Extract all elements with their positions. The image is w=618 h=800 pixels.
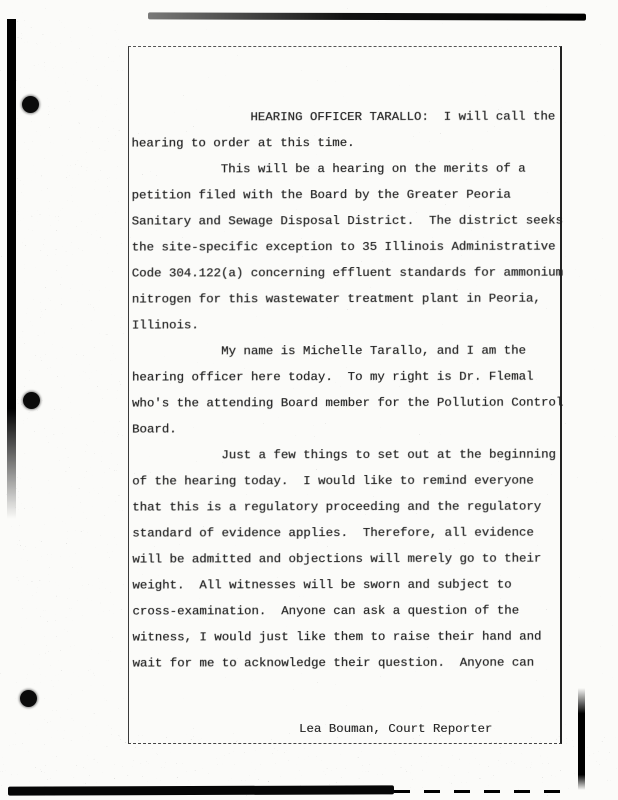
transcript-line: This will be a hearing on the merits of … bbox=[132, 156, 564, 183]
left-binding-edge-artifact bbox=[7, 19, 16, 519]
scan-smear-bottom bbox=[8, 785, 394, 795]
hole-punch-middle bbox=[23, 392, 40, 409]
scan-streak-right bbox=[578, 688, 585, 790]
transcript-line: Board. bbox=[132, 416, 564, 443]
transcript-line: wait for me to acknowledge their questio… bbox=[133, 650, 565, 677]
transcript-line: HEARING OFFICER TARALLO: I will call the bbox=[131, 104, 563, 131]
hole-punch-bottom bbox=[20, 690, 37, 707]
hole-punch-top bbox=[22, 96, 39, 113]
transcript-line: Code 304.122(a) concerning effluent stan… bbox=[132, 260, 564, 287]
transcript-line: will be admitted and objections will mer… bbox=[132, 546, 564, 573]
transcript-line: of the hearing today. I would like to re… bbox=[132, 468, 564, 495]
transcript-text-block: HEARING OFFICER TARALLO: I will call the… bbox=[131, 104, 564, 677]
scan-smear-top bbox=[148, 12, 586, 20]
transcript-line: weight. All witnesses will be sworn and … bbox=[132, 572, 564, 599]
transcript-line: My name is Michelle Tarallo, and I am th… bbox=[132, 338, 564, 365]
transcript-line: nitrogen for this wastewater treatment p… bbox=[132, 286, 564, 313]
transcript-line: hearing officer here today. To my right … bbox=[132, 364, 564, 391]
transcript-line: who's the attending Board member for the… bbox=[132, 390, 564, 417]
transcript-line: standard of evidence applies. Therefore,… bbox=[132, 520, 564, 547]
transcript-line: the site-specific exception to 35 Illino… bbox=[132, 234, 564, 261]
court-reporter-footer: Lea Bouman, Court Reporter bbox=[299, 716, 492, 742]
scanned-transcript-page: HEARING OFFICER TARALLO: I will call the… bbox=[0, 0, 618, 800]
transcript-line: petition filed with the Board by the Gre… bbox=[132, 182, 564, 209]
transcript-line: hearing to order at this time. bbox=[131, 130, 563, 157]
transcript-line: witness, I would just like them to raise… bbox=[132, 624, 564, 651]
scan-smear-bottom-tail bbox=[394, 790, 562, 793]
transcript-line: Illinois. bbox=[132, 312, 564, 339]
transcript-line: Sanitary and Sewage Disposal District. T… bbox=[132, 208, 564, 235]
transcript-line: cross-examination. Anyone can ask a ques… bbox=[132, 598, 564, 625]
transcript-line: Just a few things to set out at the begi… bbox=[132, 442, 564, 469]
transcript-line: that this is a regulatory proceeding and… bbox=[132, 494, 564, 521]
